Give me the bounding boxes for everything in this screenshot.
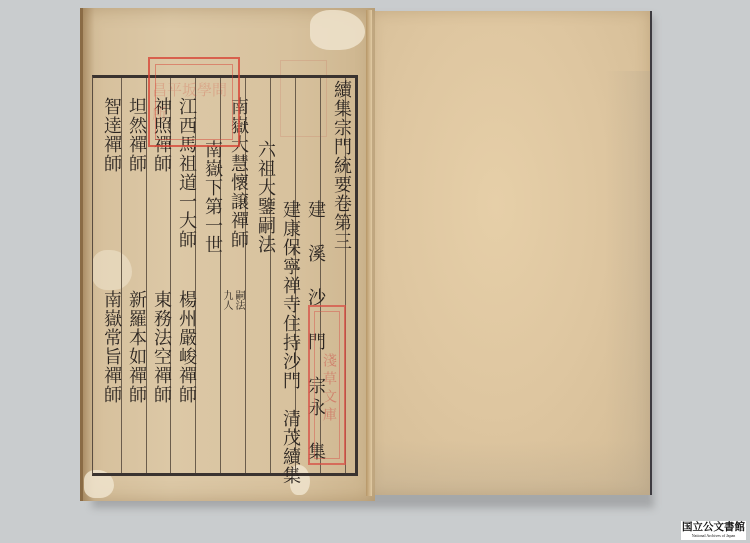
book-spine — [366, 10, 372, 496]
paper-damage — [310, 10, 365, 50]
seal-text: 昌平坂學問所 — [152, 78, 236, 126]
generation-line: 南嶽下第一世 — [200, 140, 224, 254]
library-seal-top: 昌平坂學問所 — [148, 57, 240, 147]
paper-fold-right — [605, 71, 650, 495]
master-entry: 楊州嚴峻禪師 — [174, 290, 198, 404]
master-entry: 坦然禪師 — [124, 97, 148, 173]
lineage-header: 六祖大鑒嗣法 — [253, 140, 277, 254]
master-entry: 南嶽常旨禪師 — [99, 290, 123, 404]
main-note-2: 九人 — [220, 290, 232, 310]
master-entry: 新羅本如禪師 — [124, 290, 148, 404]
master-entry: 智逹禪師 — [99, 97, 123, 173]
main-note-1: 嗣法 — [232, 290, 244, 310]
book-scan: 續集宗門統要卷第三 建 溪 沙 門 宗永 集 建康保寧禅寺住持沙門 清茂續集 六… — [0, 0, 750, 543]
watermark-japanese: 国立公文書館 — [681, 521, 746, 533]
library-seal-right: 淺草文庫 — [308, 305, 346, 465]
volume-title: 續集宗門統要卷第三 — [329, 80, 353, 251]
watermark-english: National Archives of Japan — [681, 533, 746, 538]
continuator-line: 建康保寧禅寺住持沙門 清茂續集 — [278, 200, 302, 485]
master-entry: 東務法空禪師 — [149, 290, 173, 404]
archive-watermark: 国立公文書館 National Archives of Japan — [681, 521, 746, 540]
right-page-blank — [370, 11, 652, 495]
